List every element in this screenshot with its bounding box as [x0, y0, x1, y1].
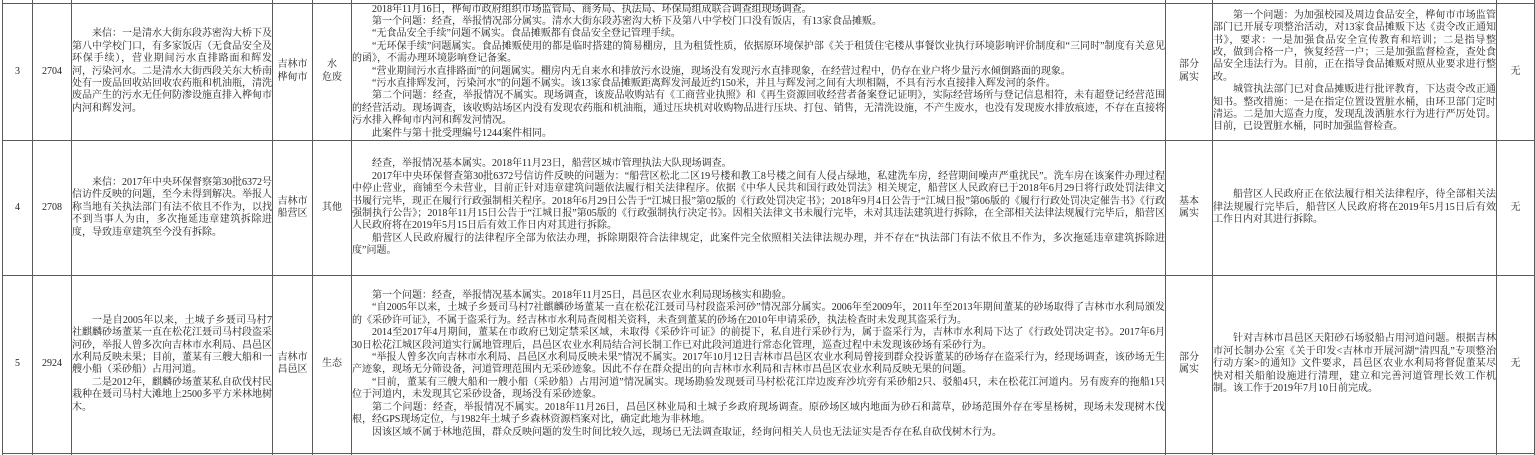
paragraph: 针对吉林市昌邑区天阳砂石场驳船占用河道问题。根据吉林市河长制办公室《关于印发<吉… — [1213, 333, 1496, 395]
report-sheet: 3 2704 来信：一是清水大街东段苏密沟大桥下及第八中学校门口，有多家饭店（无… — [0, 0, 1535, 455]
accountability-cell: 无 — [1497, 3, 1535, 140]
paragraph: 经查，举报情况基本属实。2018年11月23日，船营区城市管理执法大队现场调查。 — [352, 158, 1165, 170]
complaint-cell: 一是自2005年以来，土城子乡聂司马村7社麒麟砂场董某一直在松花江聂司马村段盗采… — [72, 275, 273, 453]
paragraph: 第一个问题：经查，举报情况部分属实。清水大街东段苏密沟大桥下及第八中学校门口没有… — [352, 16, 1165, 28]
verified-status-cell: 基本 属实 — [1166, 140, 1213, 275]
paragraph: 来信：2017年中央环保督察第30批6372号信访件反映的问题，至今未得到解决。… — [72, 177, 272, 239]
verified-status-cell: 部分 属实 — [1166, 275, 1213, 453]
paragraph: “营业期间污水直排路面”的问题属实。棚房内无自来水和排放污水设施，现场没有发现污… — [352, 66, 1165, 78]
paragraph: 船营区人民政府正在依法履行相关法律程序，待全部相关法律法规履行完毕后，船营区人民… — [1213, 189, 1496, 226]
paragraph: 2018年11月16日，桦甸市政府组织市场监管局、商务局、执法局、环保局组成联合… — [352, 4, 1165, 16]
verified-status-cell: 部分 属实 — [1166, 3, 1213, 140]
paragraph: “自2005年以来，土城子乡聂司马村7社麒麟砂场董某一直在松花江聂司马村段盗采河… — [352, 302, 1165, 327]
table-row-case-2924: 5 2924 一是自2005年以来，土城子乡聂司马村7社麒麟砂场董某一直在松花江… — [3, 275, 1535, 453]
accountability-cell: 无 — [1497, 140, 1535, 275]
paragraph: 因该区域不属于林地范围，群众反映问题的发生时间比较久远，现场已无法调查取证，经询… — [352, 427, 1165, 439]
investigation-cell: 经查，举报情况基本属实。2018年11月23日，船营区城市管理执法大队现场调查。… — [352, 140, 1166, 275]
paragraph: “无食品安全手续”问题不属实。食品摊贩都有食品安全登记管理手续。 — [352, 28, 1165, 40]
region-cell: 吉林市 桦甸市 — [273, 3, 313, 140]
inspection-cases-table: 3 2704 来信：一是清水大街东段苏密沟大桥下及第八中学校门口，有多家饭店（无… — [2, 0, 1535, 455]
pollution-type-cell: 生态 — [313, 275, 352, 453]
paragraph: “目前，董某有三艘大船和一艘小船（采砂船）占用河道”情况属实。现场勘验发现聂司马… — [352, 377, 1165, 402]
seq-cell: 3 — [3, 3, 33, 140]
investigation-cell: 2018年11月16日，桦甸市政府组织市场监管局、商务局、执法局、环保局组成联合… — [352, 3, 1166, 140]
complaint-cell: 来信：一是清水大街东段苏密沟大桥下及第八中学校门口，有多家饭店（无食品安全及环保… — [72, 3, 273, 140]
region-cell: 吉林市 昌邑区 — [273, 275, 313, 453]
table-row-case-2704: 3 2704 来信：一是清水大街东段苏密沟大桥下及第八中学校门口，有多家饭店（无… — [3, 3, 1535, 140]
paragraph: “污水直排辉发河，污染河水”的问题不属实。该13家食品摊贩距离辉发河最近约150… — [352, 78, 1165, 90]
paragraph: 第二个问题：经查，举报情况不属实。2018年11月26日，昌邑区林业局和土城子乡… — [352, 402, 1165, 427]
paragraph: 来信：一是清水大街东段苏密沟大桥下及第八中学校门口，有多家饭店（无食品安全及环保… — [72, 28, 272, 115]
paragraph: 第一个问题：为加强校园及周边食品安全，桦甸市市场监管部门已开展专项整治活动，对1… — [1213, 10, 1496, 84]
paragraph: 一是自2005年以来，土城子乡聂司马村7社麒麟砂场董某一直在松花江聂司马村段盗采… — [72, 315, 272, 377]
table-row-case-2708: 4 2708 来信：2017年中央环保督察第30批6372号信访件反映的问题，至… — [3, 140, 1535, 275]
paragraph: 船营区人民政府履行的法律程序全部为依法办理，拆除期限符合法律规定，此案件完全依照… — [352, 233, 1165, 258]
paragraph: “举报人曾多次向吉林市水利局、昌邑区水利局反映未果”情况不属实。2017年10月… — [352, 352, 1165, 377]
case-no-cell: 2708 — [33, 140, 72, 275]
pollution-type-cell: 水 危废 — [313, 3, 352, 140]
paragraph: “无环保手续”问题属实。食品摊贩使用的都是临时搭建的简易棚房，且为租赁性质，依据… — [352, 41, 1165, 66]
seq-cell: 4 — [3, 140, 33, 275]
investigation-cell: 第一个问题：经查，举报情况基本属实。2018年11月25日，昌邑区农业水利局现场… — [352, 275, 1166, 453]
paragraph: 2017年中央环保督查第30批6372号信访件反映的问题为：“船营区松北二区19… — [352, 171, 1165, 233]
case-no-cell: 2704 — [33, 3, 72, 140]
paragraph: 第一个问题：经查，举报情况基本属实。2018年11月25日，昌邑区农业水利局现场… — [352, 290, 1165, 302]
action-cell: 船营区人民政府正在依法履行相关法律程序，待全部相关法律法规履行完毕后，船营区人民… — [1213, 140, 1497, 275]
action-cell: 针对吉林市昌邑区天阳砂石场驳船占用河道问题。根据吉林市河长制办公室《关于印发<吉… — [1213, 275, 1497, 453]
paragraph: 2014至2017年4月期间，董某在市政府已划定禁采区域，未取得《采砂许可证》的… — [352, 327, 1165, 352]
accountability-cell: 无 — [1497, 275, 1535, 453]
case-no-cell: 2924 — [33, 275, 72, 453]
paragraph: 此案件与第十批受理编号1244案件相同。 — [352, 128, 1165, 140]
paragraph: 城管执法部门已对食品摊贩进行批评教育，下达责令改正通知书。整改措施：一是在指定位… — [1213, 84, 1496, 134]
region-cell: 吉林市 船营区 — [273, 140, 313, 275]
seq-cell: 5 — [3, 275, 33, 453]
paragraph: 二是2012年，麒麟砂场董某私自砍伐村民栽种在聂司马村大滩地上2500多平方米林… — [72, 377, 272, 414]
paragraph: 第二个问题：经查，举报情况不属实。现场调查，该废品收购站有《工商营业执照》和《再… — [352, 90, 1165, 127]
pollution-type-cell: 其他 — [313, 140, 352, 275]
complaint-cell: 来信：2017年中央环保督察第30批6372号信访件反映的问题，至今未得到解决。… — [72, 140, 273, 275]
action-cell: 第一个问题：为加强校园及周边食品安全，桦甸市市场监管部门已开展专项整治活动，对1… — [1213, 3, 1497, 140]
